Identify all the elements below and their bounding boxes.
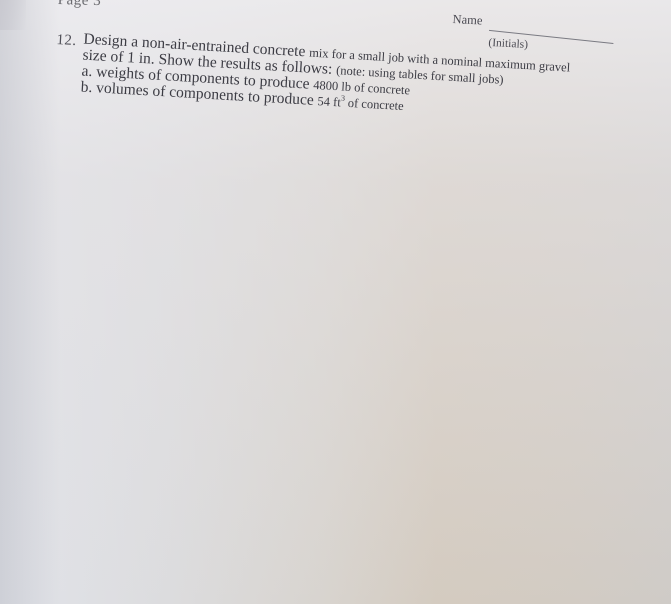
name-label: Name: [452, 12, 483, 29]
page-header-label: Page 3: [58, 0, 102, 10]
page-corner-shadow: [0, 0, 26, 30]
page-fold-shadow: [0, 0, 60, 604]
part-b-text-end: of concrete: [344, 96, 404, 113]
part-b-quantity: 54 ft: [317, 94, 341, 109]
document-page: Page 3 Name (Initials) 12. Design a non-…: [0, 0, 671, 604]
problem-number: 12.: [56, 32, 77, 50]
part-a-label: a.: [81, 63, 93, 81]
part-b-label: b.: [80, 78, 93, 96]
initials-label: (Initials): [488, 37, 528, 51]
